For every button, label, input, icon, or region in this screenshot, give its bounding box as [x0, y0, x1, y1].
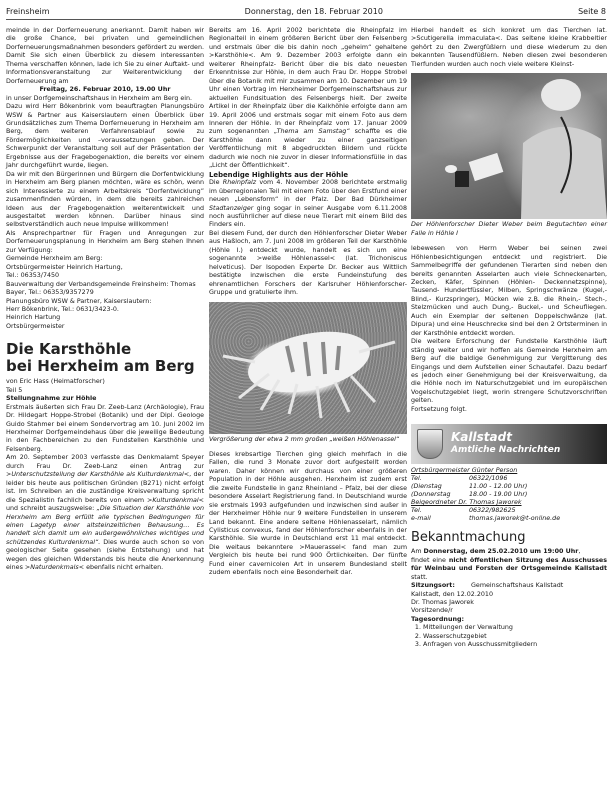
header-town: Freinsheim — [6, 7, 50, 16]
photo-caption: Der Höhlenforscher Dieter Weber beim Beg… — [411, 221, 607, 238]
notice-date: Kallstadt, den 12.02.2010 — [411, 591, 607, 599]
continued-note: Fortsetzung folgt. — [411, 406, 607, 414]
article-author: von Eric Hass (Heimatforscher) — [6, 378, 204, 386]
paragraph: Erstmals äußerten sich Frau Dr. Zeeb-Lan… — [6, 404, 204, 455]
paragraph: lebewesen von Herrn Weber bei seinen zwe… — [411, 245, 607, 338]
contact-line: Gemeinde Herxheim am Berg: — [6, 255, 204, 263]
contact-list: Gemeinde Herxheim am Berg: Ortsbürgermei… — [6, 255, 204, 331]
isopod-image-icon — [209, 302, 407, 434]
mayor-heading: Ortsbürgermeister Günter Person — [411, 467, 607, 475]
paragraph: Als Ansprechpartner für Fragen und Anreg… — [6, 230, 204, 255]
contact-line: Planungsbüro WSW & Partner, Kaiserslaute… — [6, 298, 204, 306]
paragraph: Bereits am 16. April 2002 berichtete die… — [209, 27, 407, 171]
paragraph: Dazu wird Herr Bökenbrink vom beauftragt… — [6, 103, 204, 171]
contact-line: Ortsbürgermeister — [6, 323, 204, 331]
coat-of-arms-icon — [417, 429, 443, 459]
banner-title: Kallstadt — [451, 431, 560, 444]
notice-intro: Am Donnerstag, dem 25.02.2010 um 19:00 U… — [411, 548, 607, 556]
paragraph: Am 20. September 2003 verfasste das Denk… — [6, 454, 204, 572]
article-title-line-2: bei Herxheim am Berg — [6, 357, 195, 375]
cave-researcher-photo — [411, 73, 607, 219]
paragraph: Die weitere Erforschung der Fundstelle K… — [411, 338, 607, 406]
notice-title: Bekanntmachung — [411, 530, 607, 545]
paragraph: Bei diesem Fund, der durch den Höhlenfor… — [209, 230, 407, 298]
article-part: Teil 5 — [6, 387, 204, 395]
notice-place: Sitzungsort: Gemeinschaftshaus Kallstadt — [411, 582, 607, 590]
article-title-line-1: Die Karsthöhle — [6, 340, 131, 358]
event-date: Freitag, 26. Februar 2010, 19.00 Uhr — [6, 86, 204, 94]
paragraph: in unser Dorfgemeinschaftshaus in Herxhe… — [6, 95, 204, 103]
column-3: Hierbei handelt es sich konkret um das T… — [411, 27, 607, 650]
header-date: Donnerstag, den 18. Februar 2010 — [245, 7, 383, 16]
agenda-label: Tagesordnung: — [411, 616, 607, 624]
column-1: meinde in der Dorferneuerung anerkannt. … — [6, 27, 204, 573]
researcher-image-icon — [411, 73, 607, 219]
header-page-number: Seite 8 — [578, 7, 606, 16]
page-header: Freinsheim Donnerstag, den 18. Februar 2… — [6, 3, 606, 20]
contact-line: Bauverwaltung der Verbandsgemeinde Frein… — [6, 281, 204, 298]
notice-signer-role: Vorsitzende/r — [411, 607, 607, 615]
column-2: Bereits am 16. April 2002 berichtete die… — [209, 27, 407, 578]
contact-row: e-mailthomas.jaworek@t-online.de — [411, 515, 607, 523]
article-title: Die Karsthöhle bei Herxheim am Berg — [6, 341, 204, 375]
email-link[interactable]: thomas.jaworek@t-online.de — [469, 515, 560, 523]
agenda-item: Anfragen von Ausschussmitgliedern — [423, 641, 607, 649]
paragraph: Dieses krebsartige Tierchen ging gleich … — [209, 451, 407, 578]
contact-line: Ortsbürgermeister Heinrich Hartung, — [6, 264, 204, 272]
banner-subtitle: Amtliche Nachrichten — [451, 444, 560, 457]
kallstadt-banner: Kallstadt Amtliche Nachrichten — [411, 424, 607, 464]
agenda-item: Mitteilungen der Verwaltung — [423, 624, 607, 632]
subheading: Lebendige Highlights aus der Höhle — [209, 171, 407, 179]
deputy-heading: Beigeordneter Dr. Thomas Jaworek — [411, 499, 607, 507]
paragraph: Da wir mit den Bürgerinnen und Bürgern d… — [6, 171, 204, 230]
notice-signer: Dr. Thomas Jaworek — [411, 599, 607, 607]
contact-block: Ortsbürgermeister Günter Person Tel.0632… — [411, 467, 607, 523]
contact-line: Tel.: 06353/7450 — [6, 272, 204, 280]
photo-caption: Vergrößerung der etwa 2 mm großen „weiße… — [209, 436, 407, 444]
contact-line: Herr Bökenbrink, Tel.: 0631/3423-0. — [6, 306, 204, 314]
paragraph: meinde in der Dorferneuerung anerkannt. … — [6, 27, 204, 86]
agenda-list: Mitteilungen der Verwaltung Wasserschutz… — [411, 624, 607, 649]
paragraph: Die Rheinpfalz vom 4. November 2008 beri… — [209, 179, 407, 230]
agenda-item: Wasserschutzgebiet — [423, 633, 607, 641]
notice-body: findet eine nicht öffentlichen Sitzung d… — [411, 557, 607, 582]
contact-line: Heinrich Hartung — [6, 314, 204, 322]
paragraph: Hierbei handelt es sich konkret um das T… — [411, 27, 607, 69]
subheading: Stellungnahme zur Höhle — [6, 395, 204, 403]
cave-isopod-photo — [209, 302, 407, 434]
